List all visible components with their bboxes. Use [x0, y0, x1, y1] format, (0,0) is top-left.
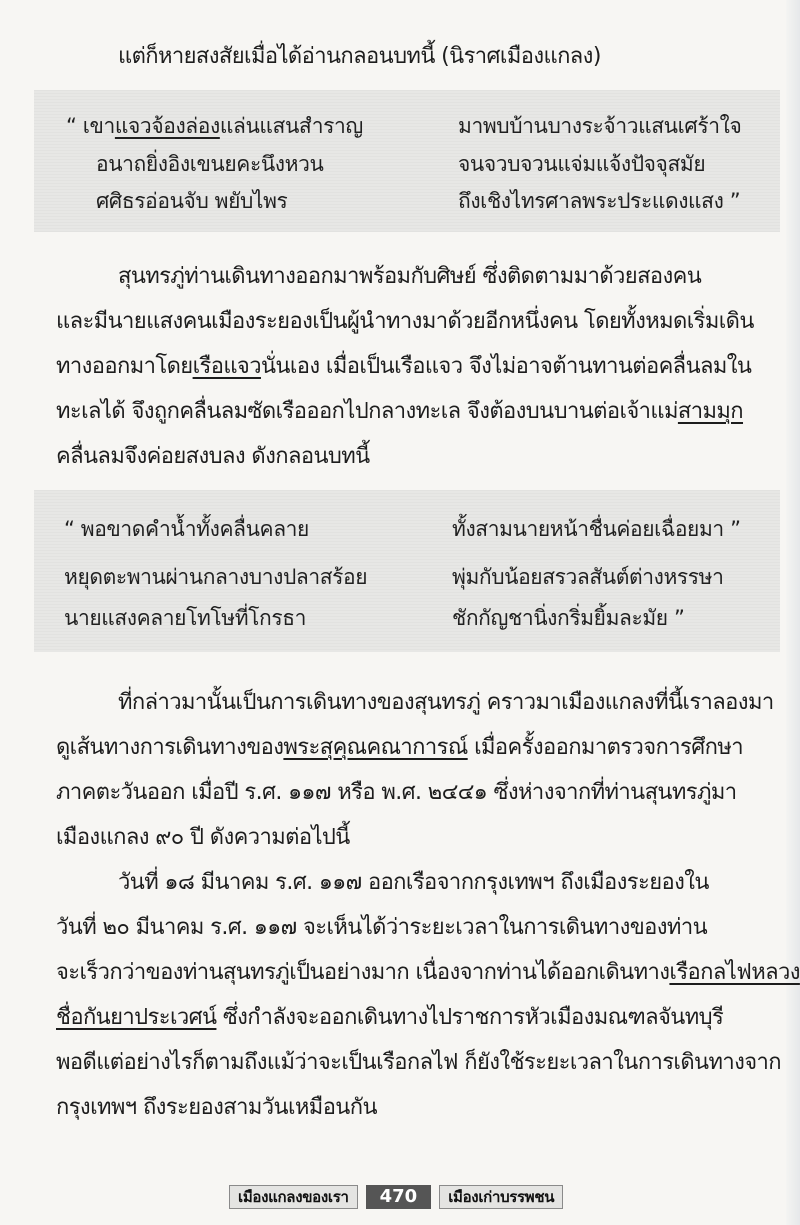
para3-line-3: จะเร็วกว่าของท่านสุนทรภู่เป็นอย่างมาก เน… — [56, 958, 800, 988]
para3-line-6: กรุงเทพฯ ถึงระยองสามวันเหมือนกัน — [56, 1093, 377, 1123]
para1-line-1: สุนทรภู่ท่านเดินทางออกมาพร้อมกับศิษย์ ซึ… — [118, 262, 701, 292]
poem2-left-line-3: นายแสงคลายโทโษที่โกรธา — [64, 604, 306, 632]
para1-line-2: และมีนายแสงคนเมืองระยองเป็นผู้นำทางมาด้ว… — [56, 307, 754, 337]
para2-line-3: ภาคตะวันออก เมื่อปี ร.ศ. ๑๑๗ หรือ พ.ศ. ๒… — [56, 778, 737, 808]
page-edge-shadow — [786, 0, 800, 1225]
para3-line-1: วันที่ ๑๘ มีนาคม ร.ศ. ๑๑๗ ออกเรือจากกรุง… — [118, 868, 709, 898]
footer-chapter-title: เมืองเก่าบรรพชน — [439, 1185, 563, 1209]
para1-line-5: คลื่นลมจึงค่อยสงบลง ดังกลอนบทนี้ — [56, 442, 370, 472]
page-number: 470 — [366, 1185, 432, 1209]
poem1-right-line-2: จนจวบจวนแจ่มแจ้งปัจจุสมัย — [458, 150, 705, 178]
poem2-left-line-1: “ พอขาดคำน้ำทั้งคลื่นคลาย — [64, 515, 309, 543]
poem1-left-line-3: ศศิธรอ่อนจับ พยับไพร — [96, 187, 287, 215]
para3-line-5: พอดีแต่อย่างไรก็ตามถึงแม้ว่าจะเป็นเรือกล… — [56, 1048, 781, 1078]
page-footer: เมืองแกลงของเรา 470 เมืองเก่าบรรพชน — [229, 1185, 563, 1209]
para1-line-4: ทะเลได้ จึงถูกคลื่นลมซัดเรือออกไปกลางทะเ… — [56, 397, 743, 427]
para1-line-3: ทางออกมาโดยเรือแจวนั่นเอง เมื่อเป็นเรือแ… — [56, 352, 751, 382]
para3-line-2: วันที่ ๒๐ มีนาคม ร.ศ. ๑๑๗ จะเห็นได้ว่าระ… — [56, 913, 707, 943]
poem1-left-line-2: อนาถยิ่งอิงเขนยคะนึงหวน — [96, 150, 323, 178]
poem2-right-line-2: พุ่มกับน้อยสรวลสันต์ต่างหรรษา — [452, 563, 724, 591]
poem2-right-line-3: ชักกัญชานิ่งกริ่มยิ้มละมัย ” — [452, 604, 684, 632]
poem2-right-line-1: ทั้งสามนายหน้าชื่นค่อยเฉื่อยมา ” — [452, 515, 741, 543]
para3-line-4: ชื่อกันยาประเวศน์ ซึ่งกำลังจะออกเดินทางไ… — [56, 1003, 723, 1033]
para2-line-2: ดูเส้นทางการเดินทางของพระสุคุณคณาการณ์ เ… — [56, 733, 743, 763]
poem1-left-line-1: “ เขาแจวจ้องล่องแล่นแสนสำราญ — [66, 112, 363, 140]
para2-line-4: เมืองแกลง ๙๐ ปี ดังความต่อไปนี้ — [56, 823, 350, 853]
poem1-right-line-1: มาพบบ้านบางระจ้าวแสนเศร้าใจ — [458, 112, 741, 140]
footer-book-title: เมืองแกลงของเรา — [229, 1185, 358, 1209]
poem1-right-line-3: ถึงเชิงไทรศาลพระประแดงแสง ” — [458, 187, 740, 215]
poem2-left-line-2: หยุดตะพานผ่านกลางบางปลาสร้อย — [64, 563, 367, 591]
para2-line-1: ที่กล่าวมานั้นเป็นการเดินทางของสุนทรภู่ … — [118, 688, 774, 718]
intro-line: แต่ก็หายสงสัยเมื่อได้อ่านกลอนบทนี้ (นิรา… — [118, 42, 601, 72]
